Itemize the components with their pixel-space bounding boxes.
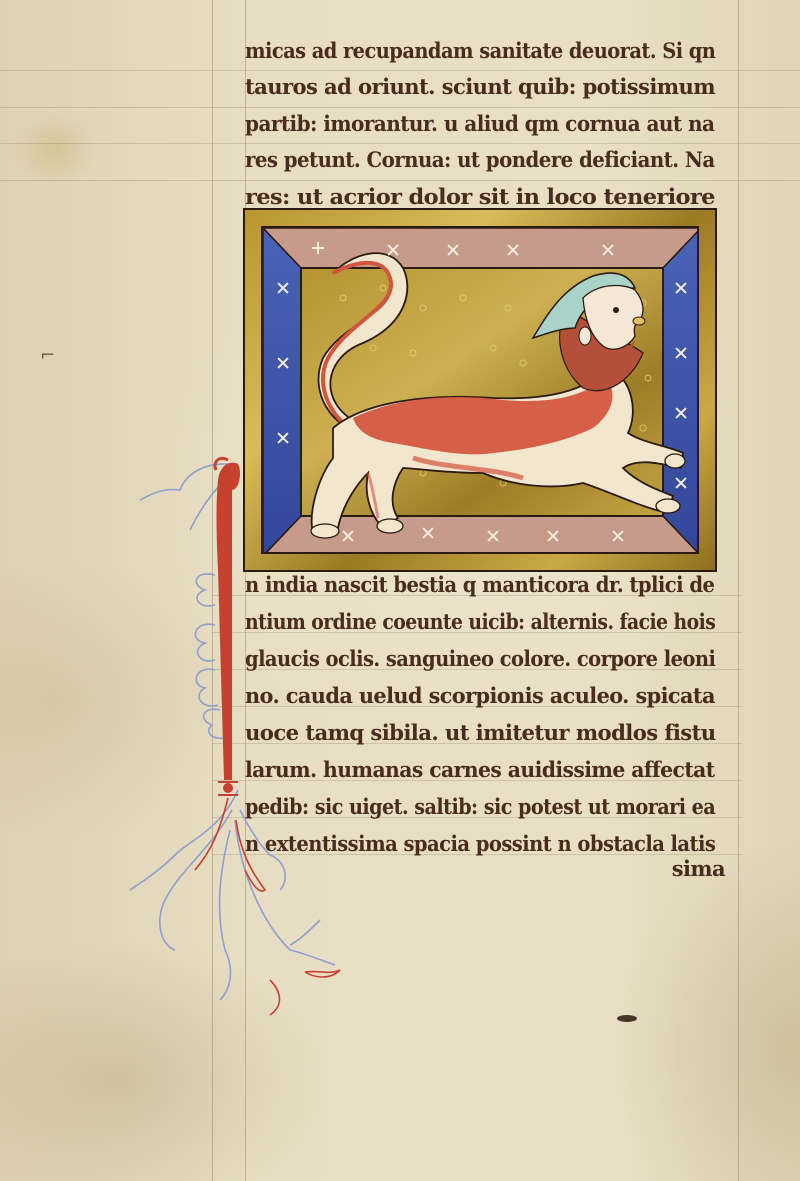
text-line: larum. humanas carnes auidissime affecta… — [245, 757, 715, 782]
text-line: n india nascit bestia q manticora dr. tp… — [245, 572, 714, 597]
text-line: ntium ordine coeunte uicib: alternis. fa… — [245, 609, 715, 634]
text-line: no. cauda uelud scorpionis aculeo. spica… — [245, 683, 715, 708]
text-line: res: ut acrior dolor sit in loco tenerio… — [245, 184, 715, 209]
text-line: glaucis oclis. sanguineo colore. corpore… — [245, 646, 715, 671]
text-block-upper: micas ad recupandam sanitate deuorat. Si… — [245, 38, 725, 208]
text-line: micas ad recupandam sanitate deuorat. Si… — [245, 38, 715, 63]
text-line: res petunt. Cornua: ut pondere deficiant… — [245, 147, 715, 172]
text-line: tauros ad oriunt. sciunt quib: potissimu… — [245, 74, 715, 99]
text-line: pedib: sic uiget. saltib: sic potest ut … — [245, 794, 715, 819]
text-line: partib: imorantur. u aliud qm cornua aut… — [245, 111, 714, 136]
text-line: n extentissima spacia possint n obstacla… — [245, 831, 715, 856]
ruling-line-vertical — [738, 0, 739, 1181]
text-line-final: sima — [672, 856, 725, 881]
text-block-lower: n india nascit bestia q manticora dr. tp… — [245, 572, 725, 892]
marginal-mark: ⌐ — [40, 345, 55, 366]
ink-blot — [617, 1015, 637, 1022]
text-line: uoce tamq sibila. ut imitetur modlos fis… — [245, 720, 716, 745]
